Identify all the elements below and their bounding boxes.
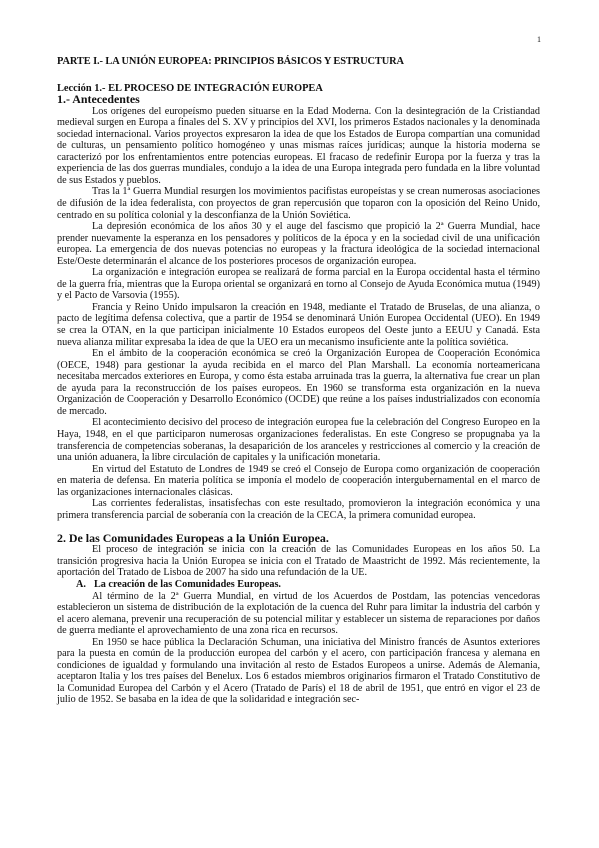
paragraph: La organización e integración europea se… [57, 267, 540, 302]
paragraph: Tras la 1ª Guerra Mundial resurgen los m… [57, 186, 540, 221]
subsection-title-text: La creación de las Comunidades Europeas. [94, 579, 281, 590]
paragraph: La depresión económica de los años 30 y … [57, 221, 540, 267]
paragraph: Al término de la 2ª Guerra Mundial, en v… [57, 591, 540, 637]
page-number: 1 [537, 35, 541, 44]
section-1-title: 1.- Antecedentes [57, 94, 540, 106]
paragraph: Las corrientes federalistas, insatisfech… [57, 498, 540, 521]
paragraph: En 1950 se hace pública la Declaración S… [57, 637, 540, 706]
subsection-label: A. [76, 579, 94, 591]
paragraph: Francia y Reino Unido impulsaron la crea… [57, 302, 540, 348]
document-body: PARTE I.- LA UNIÓN EUROPEA: PRINCIPIOS B… [57, 56, 540, 706]
part-title: PARTE I.- LA UNIÓN EUROPEA: PRINCIPIOS B… [57, 56, 540, 68]
paragraph: En virtud del Estatuto de Londres de 194… [57, 464, 540, 499]
subsection-a-title: A.La creación de las Comunidades Europea… [76, 579, 540, 591]
section-2-title: 2. De las Comunidades Europeas a la Unió… [57, 533, 540, 545]
paragraph: Los orígenes del europeísmo pueden situa… [57, 106, 540, 187]
paragraph: En el ámbito de la cooperación económica… [57, 348, 540, 417]
paragraph: El acontecimiento decisivo del proceso d… [57, 417, 540, 463]
paragraph: El proceso de integración se inicia con … [57, 544, 540, 579]
